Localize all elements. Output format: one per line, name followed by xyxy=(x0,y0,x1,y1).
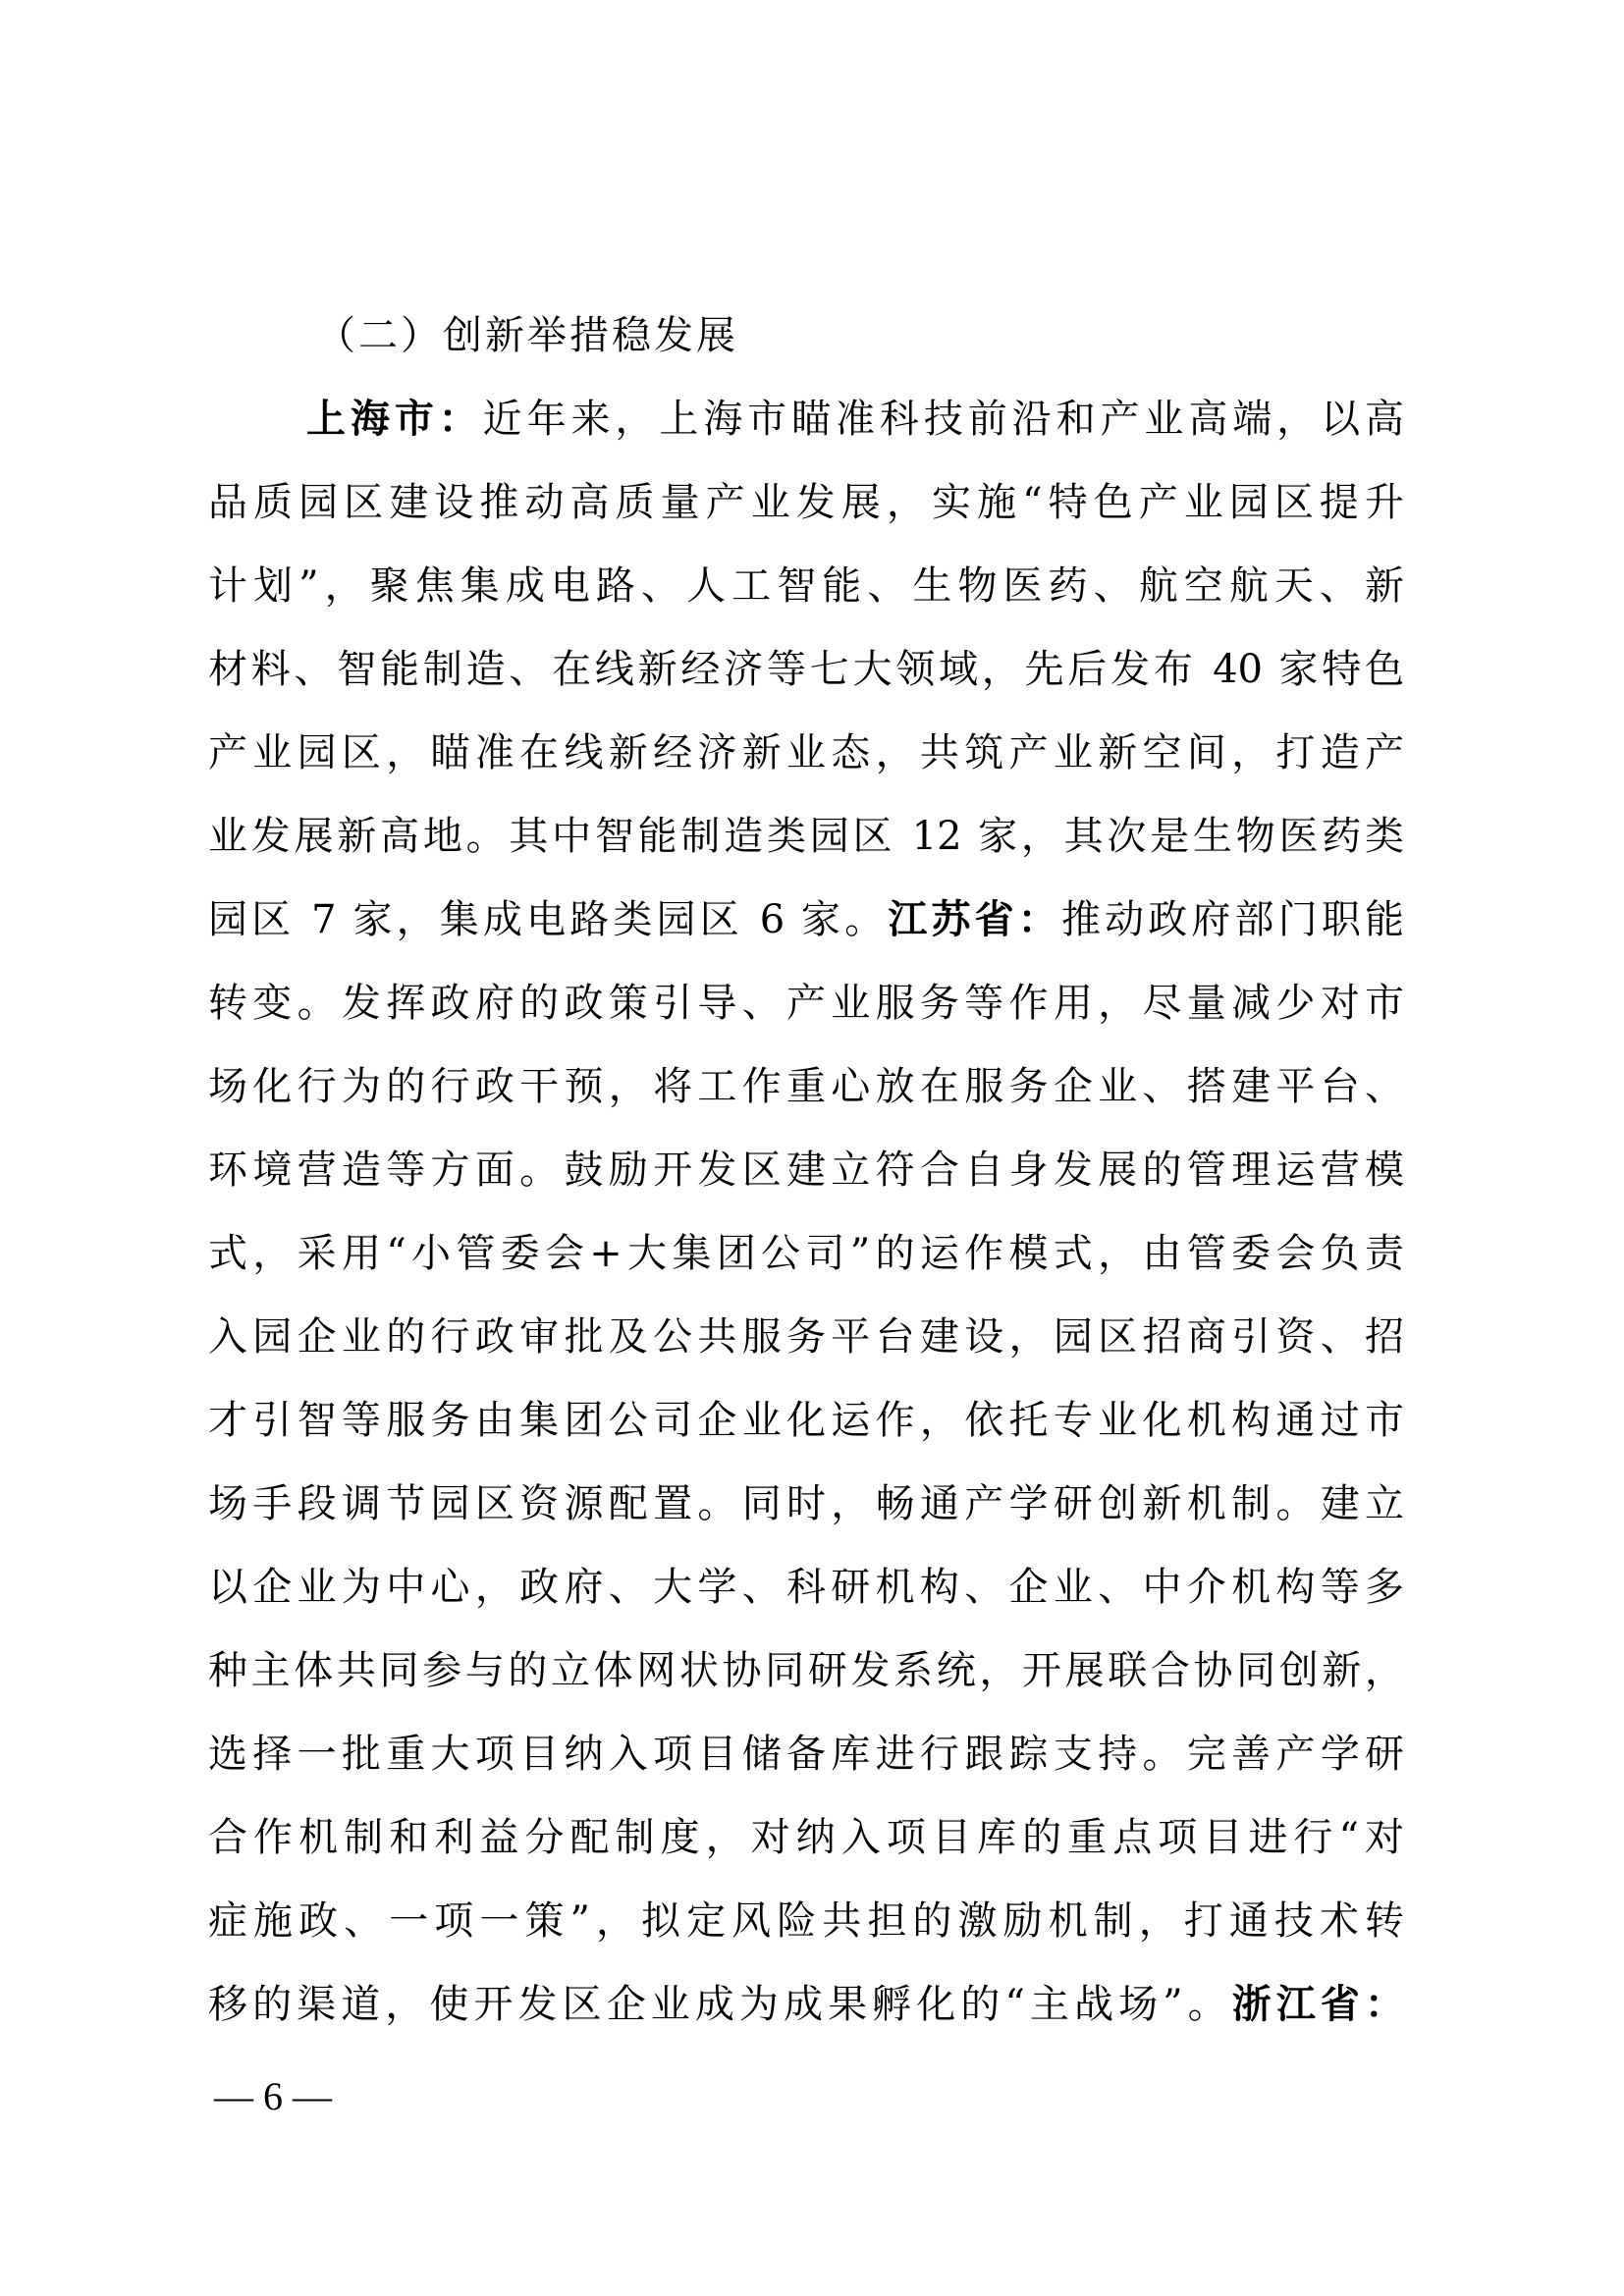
text-line: 环境营造等方面。鼓励开发区建立符合自身发展的管理运营模 xyxy=(208,1146,1404,1229)
region-label-jiangsu: 江苏省： xyxy=(888,896,1061,942)
text-segment: 转变。发挥政府的政策引导、产业服务等作用，尽量减少对市 xyxy=(208,981,1404,1026)
text-line: 种主体共同参与的立体网状协同研发系统，开展联合协同创新， xyxy=(208,1646,1404,1730)
text-line: 合作机制和利益分配制度，对纳入项目库的重点项目进行“对 xyxy=(208,1813,1404,1896)
text-line: 入园企业的行政审批及公共服务平台建设，园区招商引资、招 xyxy=(208,1312,1404,1396)
text-line: 计划”，聚焦集成电路、人工智能、生物医药、航空航天、新 xyxy=(208,561,1404,645)
region-label-shanghai: 上海市： xyxy=(306,396,483,442)
text-line: 转变。发挥政府的政策引导、产业服务等作用，尽量减少对市 xyxy=(208,979,1404,1062)
text-segment: 材料、智能制造、在线新经济等七大领域，先后发布 40 家特色 xyxy=(208,647,1404,692)
text-segment: 移的渠道，使开发区企业成为成果孵化的“主战场”。 xyxy=(208,1982,1232,2027)
text-line: 园区 7 家，集成电路类园区 6 家。江苏省：推动政府部门职能 xyxy=(208,895,1404,979)
page-number: — 6 — xyxy=(214,2075,332,2118)
text-line: 上海市：近年来，上海市瞄准科技前沿和产业高端，以高 xyxy=(208,395,1404,478)
region-label-zhejiang: 浙江省： xyxy=(1232,1981,1404,2027)
text-segment: 业发展新高地。其中智能制造类园区 12 家，其次是生物医药类 xyxy=(208,814,1404,859)
text-segment: 入园企业的行政审批及公共服务平台建设，园区招商引资、招 xyxy=(208,1314,1404,1360)
text-segment: 产业园区，瞄准在线新经济新业态，共筑产业新空间，打造产 xyxy=(208,730,1404,775)
text-segment: 环境营造等方面。鼓励开发区建立符合自身发展的管理运营模 xyxy=(208,1148,1404,1193)
text-segment: 品质园区建设推动高质量产业发展，实施“特色产业园区提升 xyxy=(208,480,1404,525)
text-line: 才引智等服务由集团公司企业化运作，依托专业化机构通过市 xyxy=(208,1396,1404,1479)
body-paragraph: 上海市：近年来，上海市瞄准科技前沿和产业高端，以高 品质园区建设推动高质量产业发… xyxy=(208,395,1404,2063)
text-line: 品质园区建设推动高质量产业发展，实施“特色产业园区提升 xyxy=(208,478,1404,561)
text-line: 式，采用“小管委会+大集团公司”的运作模式，由管委会负责 xyxy=(208,1229,1404,1312)
text-line: 业发展新高地。其中智能制造类园区 12 家，其次是生物医药类 xyxy=(208,812,1404,895)
text-segment: 推动政府部门职能 xyxy=(1061,897,1404,942)
text-segment: 以企业为中心，政府、大学、科研机构、企业、中介机构等多 xyxy=(208,1565,1404,1610)
text-segment: 式，采用“小管委会+大集团公司”的运作模式，由管委会负责 xyxy=(208,1231,1404,1276)
text-line: 症施政、一项一策”，拟定风险共担的激励机制，打通技术转 xyxy=(208,1896,1404,1980)
text-line: 场化行为的行政干预，将工作重心放在服务企业、搭建平台、 xyxy=(208,1062,1404,1146)
text-segment: 场手段调节园区资源配置。同时，畅通产学研创新机制。建立 xyxy=(208,1481,1404,1526)
text-line: 选择一批重大项目纳入项目储备库进行跟踪支持。完善产学研 xyxy=(208,1730,1404,1813)
text-segment: 种主体共同参与的立体网状协同研发系统，开展联合协同创新， xyxy=(208,1648,1404,1693)
text-line: 材料、智能制造、在线新经济等七大领域，先后发布 40 家特色 xyxy=(208,645,1404,728)
text-segment: 才引智等服务由集团公司企业化运作，依托专业化机构通过市 xyxy=(208,1398,1404,1443)
section-heading: （二）创新举措稳发展 xyxy=(316,312,738,359)
text-segment: 计划”，聚焦集成电路、人工智能、生物医药、航空航天、新 xyxy=(208,563,1404,609)
text-line: 以企业为中心，政府、大学、科研机构、企业、中介机构等多 xyxy=(208,1563,1404,1646)
text-segment: 合作机制和利益分配制度，对纳入项目库的重点项目进行“对 xyxy=(208,1815,1404,1860)
text-segment: 症施政、一项一策”，拟定风险共担的激励机制，打通技术转 xyxy=(208,1898,1404,1944)
document-page: （二）创新举措稳发展 上海市：近年来，上海市瞄准科技前沿和产业高端，以高 品质园… xyxy=(0,0,1624,2296)
text-segment: 园区 7 家，集成电路类园区 6 家。 xyxy=(208,897,888,942)
text-line: 移的渠道，使开发区企业成为成果孵化的“主战场”。浙江省： xyxy=(208,1980,1404,2063)
text-line: 产业园区，瞄准在线新经济新业态，共筑产业新空间，打造产 xyxy=(208,728,1404,812)
text-line: 场手段调节园区资源配置。同时，畅通产学研创新机制。建立 xyxy=(208,1479,1404,1563)
text-segment: 近年来，上海市瞄准科技前沿和产业高端，以高 xyxy=(483,397,1404,442)
text-segment: 选择一批重大项目纳入项目储备库进行跟踪支持。完善产学研 xyxy=(208,1732,1404,1777)
text-segment: 场化行为的行政干预，将工作重心放在服务企业、搭建平台、 xyxy=(208,1064,1404,1109)
